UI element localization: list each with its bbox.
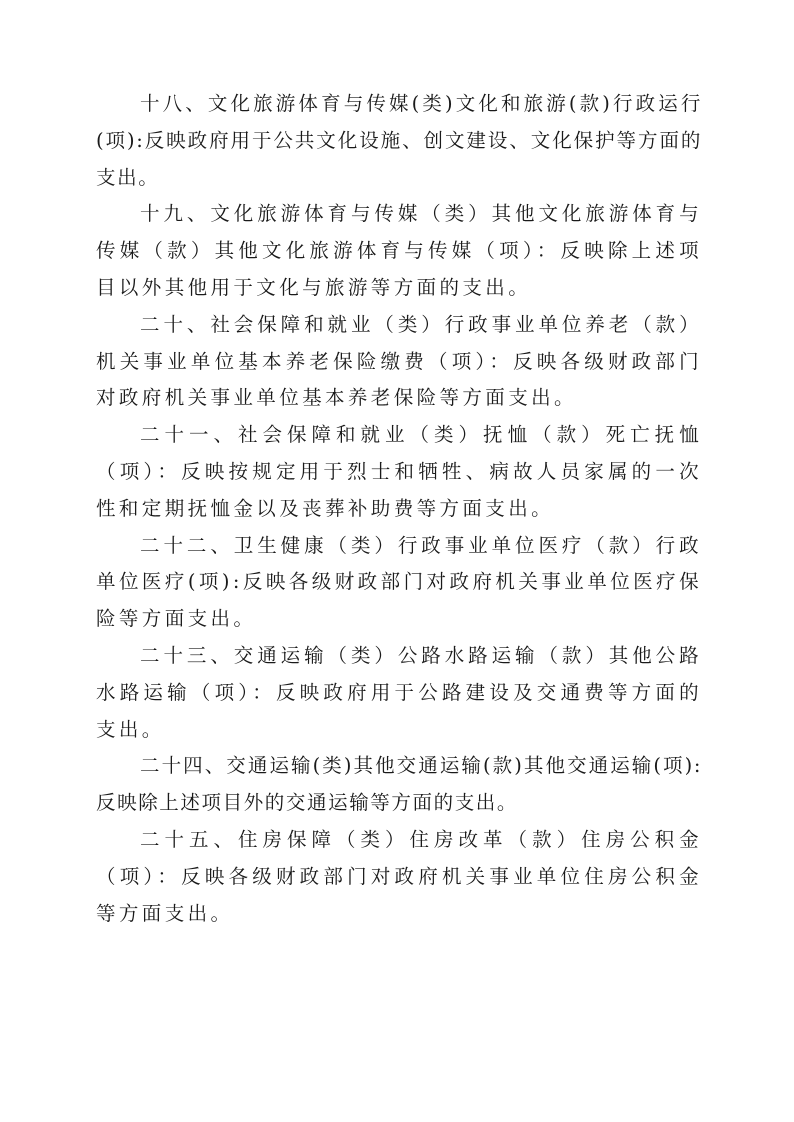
paragraph-18: 十八、文化旅游体育与传媒(类)文化和旅游(款)行政运行(项):反映政府用于公共文… xyxy=(96,86,702,196)
paragraph-24: 二十四、交通运输(类)其他交通运输(款)其他交通运输(项):反映除上述项目外的交… xyxy=(96,748,702,822)
paragraph-23: 二十三、交通运输（类）公路水路运输（款）其他公路水路运输（项）：反映政府用于公路… xyxy=(96,638,702,748)
paragraph-20: 二十、社会保障和就业（类）行政事业单位养老（款）机关事业单位基本养老保险缴费（项… xyxy=(96,307,702,417)
document-page: 十八、文化旅游体育与传媒(类)文化和旅游(款)行政运行(项):反映政府用于公共文… xyxy=(96,86,702,932)
paragraph-22: 二十二、卫生健康（类）行政事业单位医疗（款）行政单位医疗(项):反映各级财政部门… xyxy=(96,528,702,638)
paragraph-19: 十九、文化旅游体育与传媒（类）其他文化旅游体育与传媒（款）其他文化旅游体育与传媒… xyxy=(96,196,702,306)
paragraph-25: 二十五、住房保障（类）住房改革（款）住房公积金（项）：反映各级财政部门对政府机关… xyxy=(96,822,702,932)
paragraph-21: 二十一、社会保障和就业（类）抚恤（款）死亡抚恤（项）：反映按规定用于烈士和牺牲、… xyxy=(96,417,702,527)
